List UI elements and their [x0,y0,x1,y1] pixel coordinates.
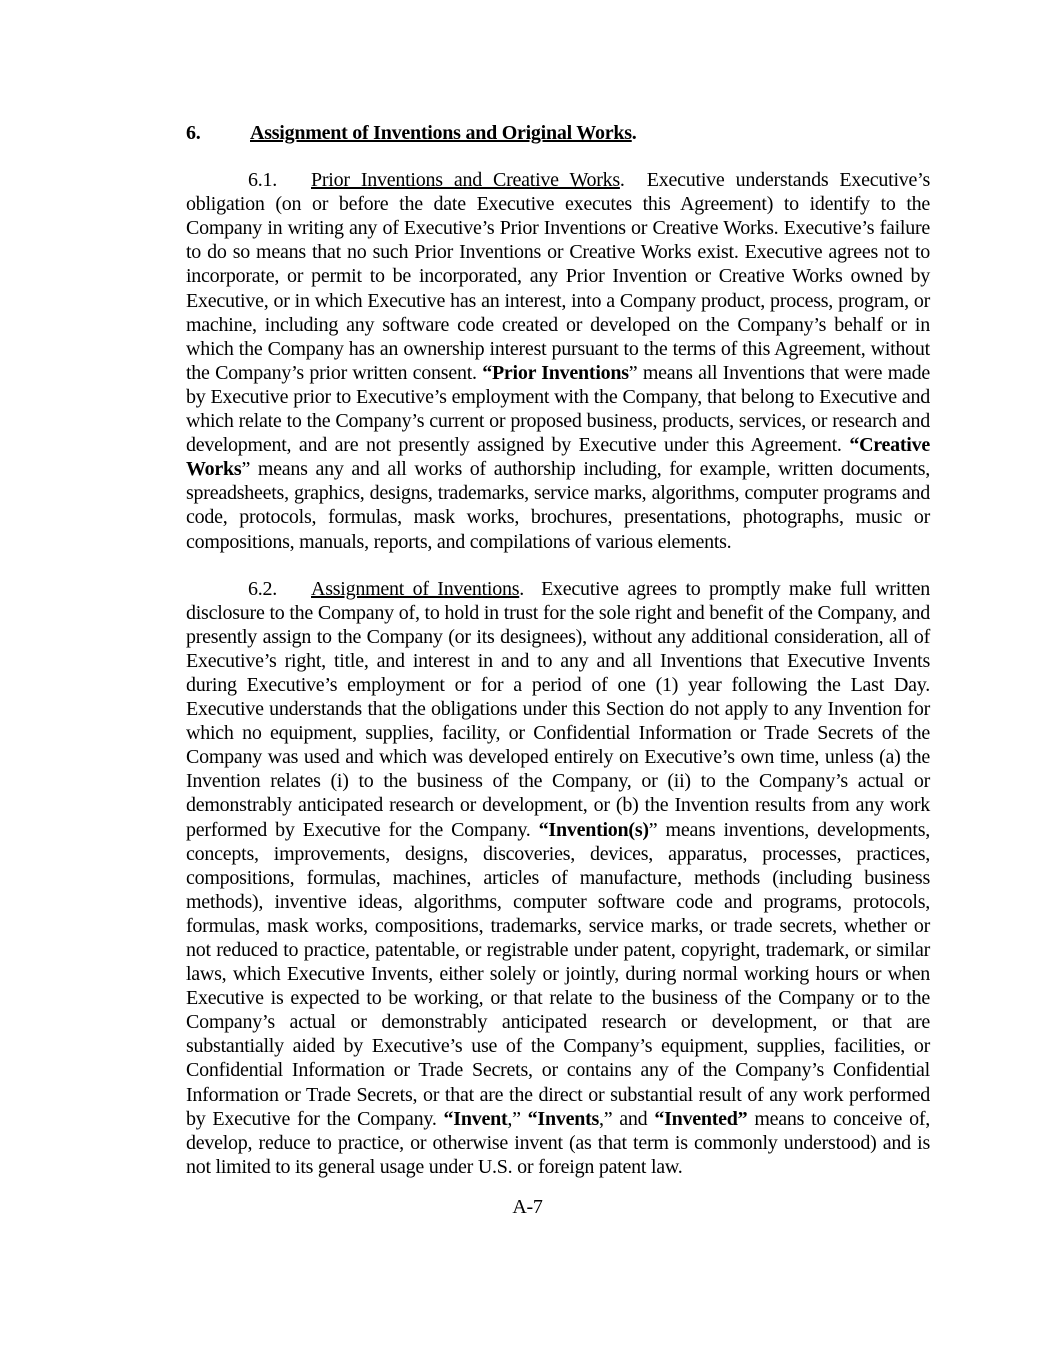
defined-term-invents: “Invents [528,1108,599,1130]
section-6-2-title: Assignment of Inventions [311,578,519,600]
paragraph-6-1: 6.1.Prior Inventions and Creative Works.… [186,168,930,554]
defined-term-invented: “Invented” [654,1108,747,1130]
text-run: . Executive understands Executive’s obli… [186,169,930,384]
section-6-title: Assignment of Inventions and Original Wo… [250,122,632,144]
defined-term-prior-inventions: “Prior Inventions [482,362,629,384]
section-6-2-number: 6.2. [248,577,311,601]
section-6-1-title: Prior Inventions and Creative Works [311,169,620,191]
text-run: ” means any and all works of authorship … [186,458,930,552]
page-number: A-7 [0,1195,1055,1219]
section-6-1-number: 6.1. [248,168,311,192]
text-run: ,” [507,1108,527,1130]
paragraph-6-2: 6.2.Assignment of Inventions. Executive … [186,577,930,1179]
text-run: ,” and [599,1108,654,1130]
section-6-title-period: . [632,122,637,144]
defined-term-invent: “Invent [444,1108,508,1130]
document-page: 6.Assignment of Inventions and Original … [0,0,1055,1365]
text-run: . Executive agrees to promptly make full… [186,578,930,841]
text-run: ” means inventions, developments, concep… [186,819,930,1130]
defined-term-inventions: “Invention(s) [539,819,649,841]
section-6-number: 6. [186,121,250,145]
section-6-heading: 6.Assignment of Inventions and Original … [186,121,930,145]
